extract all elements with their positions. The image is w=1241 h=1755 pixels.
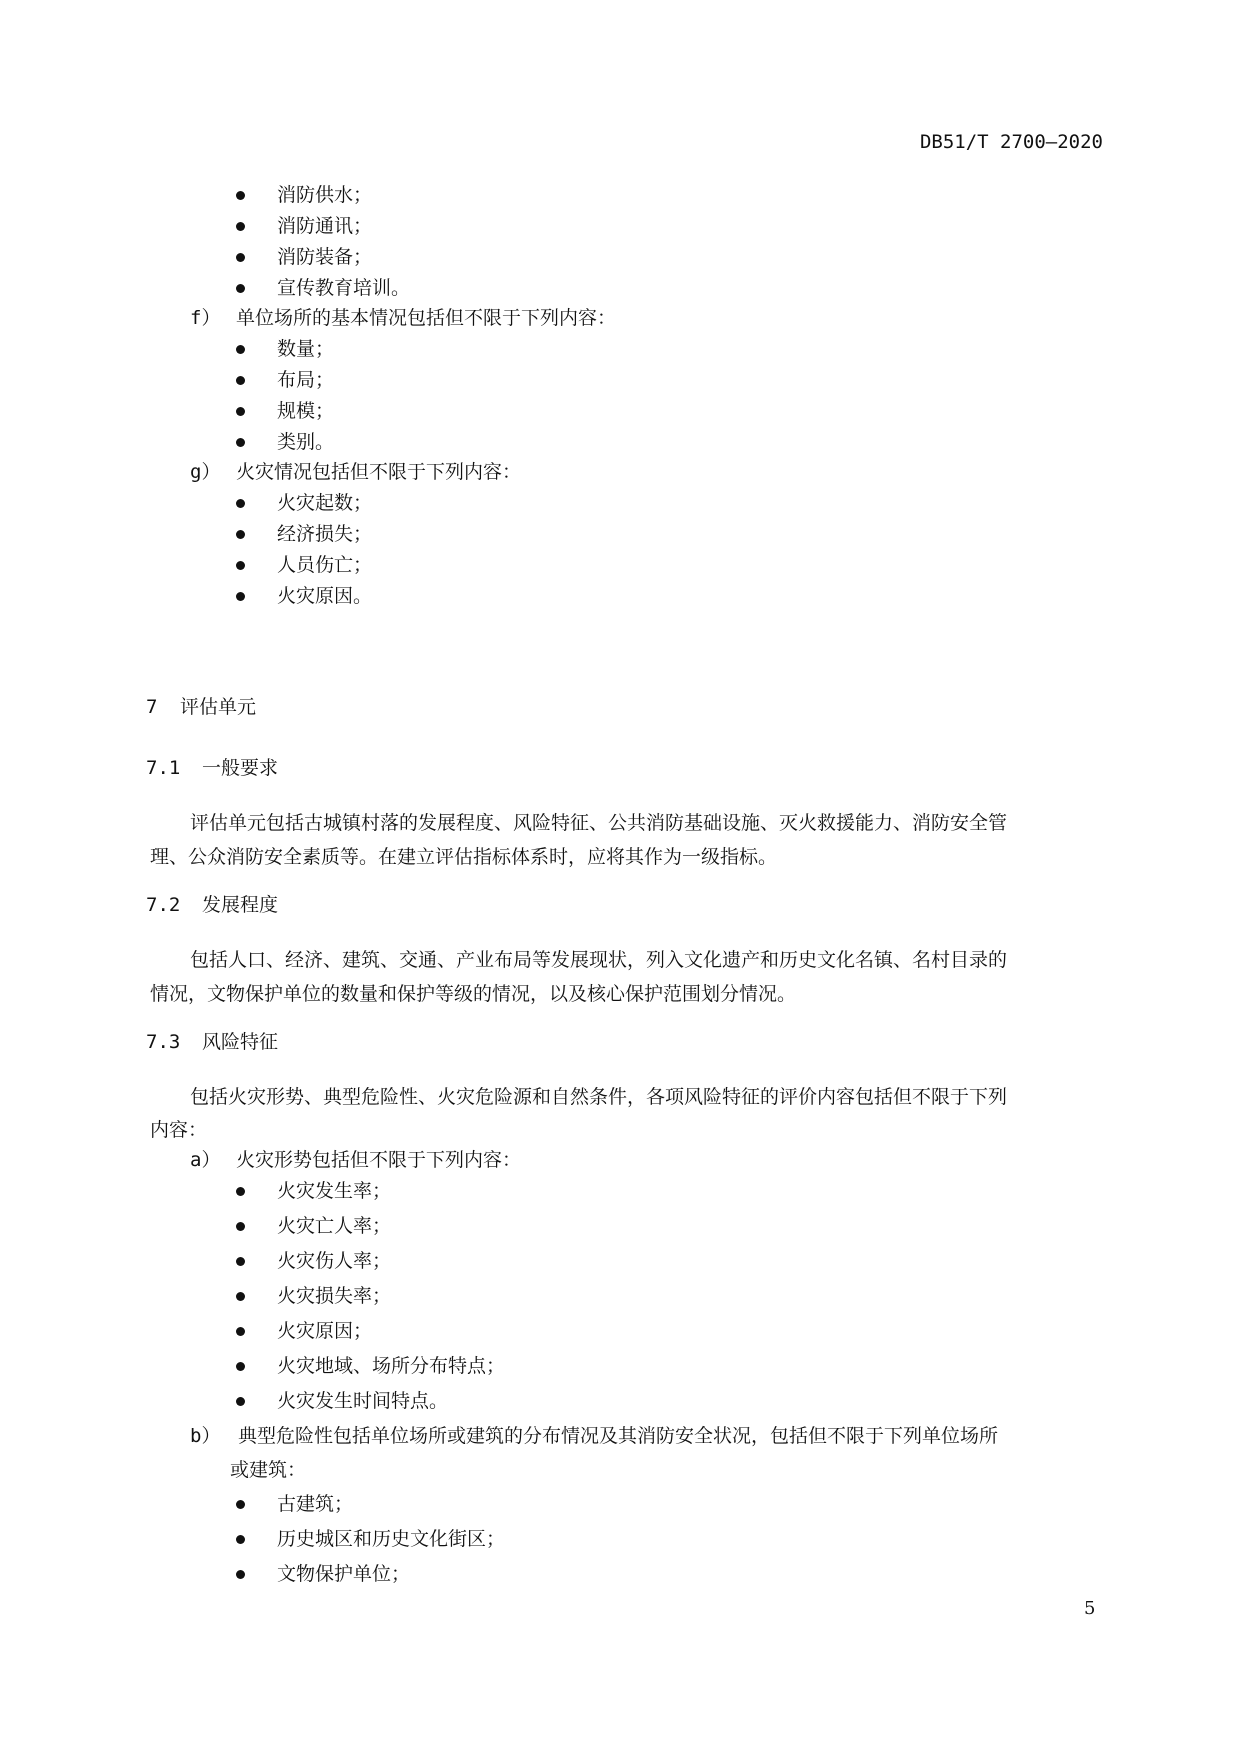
paragraph-line: 内容： (150, 1115, 207, 1145)
bullet-icon (236, 499, 245, 508)
bullet-icon (236, 376, 245, 385)
list-item: 文物保护单位； (277, 1559, 410, 1589)
item-text: 典型危险性包括单位场所或建筑的分布情况及其消防安全状况，包括但不限于下列单位场所 (238, 1421, 998, 1451)
bullet-icon (236, 1327, 245, 1336)
bullet-icon (236, 561, 245, 570)
list-item: 火灾发生率； (277, 1176, 391, 1206)
bullet-icon (236, 1500, 245, 1509)
paragraph-line: 包括人口、经济、建筑、交通、产业布局等发展现状，列入文化遗产和历史文化名镇、名村… (190, 945, 1007, 975)
bullet-icon (236, 1570, 245, 1579)
bullet-icon (236, 592, 245, 601)
list-item: 火灾损失率； (277, 1281, 391, 1311)
section-title: 发展程度 (202, 890, 278, 920)
section-number: 7.1 (146, 753, 180, 783)
bullet-icon (236, 191, 245, 200)
item-marker: f） (190, 303, 220, 333)
bullet-icon (236, 407, 245, 416)
page-number: 5 (1084, 1598, 1095, 1619)
item-marker: g） (190, 457, 220, 487)
list-item: 消防供水； (277, 180, 372, 210)
list-item: 数量； (277, 334, 334, 364)
list-item: 类别。 (277, 427, 334, 457)
list-item: 经济损失； (277, 519, 372, 549)
list-item: 火灾亡人率； (277, 1211, 391, 1241)
bullet-icon (236, 1362, 245, 1371)
paragraph-line: 评估单元包括古城镇村落的发展程度、风险特征、公共消防基础设施、灭火救援能力、消防… (190, 808, 1007, 838)
list-item: 消防通讯； (277, 211, 372, 241)
list-item: 火灾发生时间特点。 (277, 1386, 448, 1416)
list-item: 火灾地域、场所分布特点； (277, 1351, 505, 1381)
bullet-icon (236, 1292, 245, 1301)
list-item: 火灾原因。 (277, 581, 372, 611)
item-text: 火灾情况包括但不限于下列内容： (236, 457, 521, 487)
item-marker: a） (190, 1145, 220, 1175)
bullet-icon (236, 1535, 245, 1544)
section-title: 一般要求 (202, 753, 278, 783)
bullet-icon (236, 1187, 245, 1196)
bullet-icon (236, 1397, 245, 1406)
paragraph-line: 包括火灾形势、典型危险性、火灾危险源和自然条件，各项风险特征的评价内容包括但不限… (190, 1082, 1007, 1112)
bullet-icon (236, 1257, 245, 1266)
list-item: 消防装备； (277, 242, 372, 272)
item-marker: b） (190, 1421, 220, 1451)
section-number: 7.3 (146, 1027, 180, 1057)
list-item: 宣传教育培训。 (277, 273, 410, 303)
section-number: 7 (146, 692, 157, 722)
bullet-icon (236, 284, 245, 293)
item-text: 火灾形势包括但不限于下列内容： (236, 1145, 521, 1175)
list-item: 布局； (277, 365, 334, 395)
bullet-icon (236, 253, 245, 262)
item-text: 或建筑： (230, 1455, 306, 1485)
bullet-icon (236, 345, 245, 354)
section-number: 7.2 (146, 890, 180, 920)
section-title: 风险特征 (202, 1027, 278, 1057)
list-item: 规模； (277, 396, 334, 426)
page-header: DB51/T 2700—2020 (920, 131, 1103, 153)
list-item: 人员伤亡； (277, 550, 372, 580)
list-item: 火灾伤人率； (277, 1246, 391, 1276)
bullet-icon (236, 530, 245, 539)
list-item: 火灾原因； (277, 1316, 372, 1346)
bullet-icon (236, 438, 245, 447)
bullet-icon (236, 222, 245, 231)
paragraph-line: 情况，文物保护单位的数量和保护等级的情况，以及核心保护范围划分情况。 (150, 979, 796, 1009)
bullet-icon (236, 1222, 245, 1231)
section-title: 评估单元 (180, 692, 256, 722)
list-item: 火灾起数； (277, 488, 372, 518)
item-text: 单位场所的基本情况包括但不限于下列内容： (236, 303, 616, 333)
list-item: 历史城区和历史文化街区； (277, 1524, 505, 1554)
list-item: 古建筑； (277, 1489, 353, 1519)
paragraph-line: 理、公众消防安全素质等。在建立评估指标体系时，应将其作为一级指标。 (150, 842, 777, 872)
